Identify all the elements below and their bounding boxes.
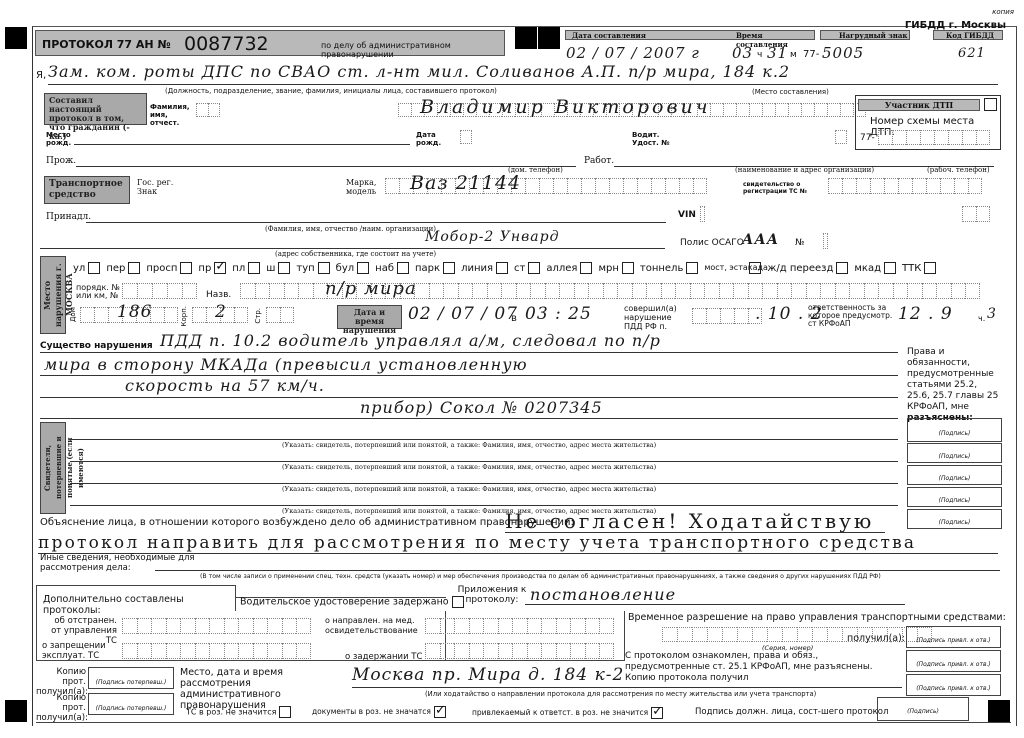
street-type-checkbox[interactable]	[622, 262, 634, 274]
explanation-line-1[interactable]: Не согласен! Ходатайствую	[505, 509, 874, 533]
vin-cells-right[interactable]	[962, 206, 990, 222]
street-type-9: парк	[415, 263, 461, 274]
accident-checkbox[interactable]	[984, 98, 997, 111]
street-type-label: ж/д переезд	[767, 263, 833, 274]
owner-label: Принадл.	[46, 212, 91, 222]
street-type-checkbox[interactable]	[580, 262, 592, 274]
rights-text-body: Права и обязанности, предусмотренные ста…	[907, 347, 998, 412]
street-type-label: линия	[461, 263, 493, 274]
removal-cells[interactable]	[122, 618, 311, 634]
street-type-label: ш	[266, 263, 275, 274]
officer-value[interactable]: Зам. ком. роты ДПС по СВАО ст. л-нт мил.…	[48, 62, 790, 81]
street-type-10: линия	[461, 263, 514, 274]
street-type-4: пл	[232, 263, 266, 274]
person-not-listed-checkbox[interactable]	[651, 707, 663, 719]
committed-label: совершил(а) нарушение ПДД РФ п.	[624, 304, 692, 331]
witness-line[interactable]	[70, 461, 898, 462]
street-type-checkbox[interactable]	[88, 262, 100, 274]
detention-label: о задержании ТС	[345, 652, 422, 662]
street-type-checkbox[interactable]	[357, 262, 369, 274]
korp-label: Корп.	[180, 306, 188, 327]
street-type-label: мост, эстакада	[704, 264, 746, 272]
liability-label: ответственность за которое предусмотр. с…	[808, 304, 898, 328]
house-value[interactable]: 186	[117, 302, 152, 322]
witness-line[interactable]	[70, 439, 898, 440]
vin-cells[interactable]	[700, 206, 705, 222]
minutes-unit: м	[790, 50, 797, 60]
reg-cert-cells[interactable]	[828, 178, 982, 194]
street-type-checkbox[interactable]	[496, 262, 508, 274]
violation-line-2[interactable]: мира в сторону МКАДа (превысил установле…	[44, 355, 528, 374]
violation-datetime-label: Дата и время нарушения	[337, 305, 402, 329]
officer-signature[interactable]: (Подпись)	[877, 697, 969, 721]
sig-permit-received[interactable]: (Подпись привл. к отв.)	[906, 626, 1001, 648]
scheme-cells[interactable]	[878, 130, 990, 145]
code-header-label: Код ГИБДД	[946, 31, 994, 40]
explanation-line-2[interactable]: протокол направить для рассмотрения по м…	[38, 533, 916, 553]
street-type-label: бул	[336, 263, 354, 274]
street-type-checkboxes: улперпросппрплштупбулнабпарклиниясталлея…	[73, 262, 942, 274]
street-type-0: ул	[73, 263, 106, 274]
review-caption: (Или ходатайство о направлении протокола…	[425, 690, 816, 698]
street-name-label: Назв.	[206, 290, 231, 300]
reg-cert-label: свидетельство о регистрации ТС №	[743, 181, 828, 195]
street-type-checkbox[interactable]	[686, 262, 698, 274]
offender-name-value[interactable]: Владимир Викторович	[420, 96, 711, 118]
pdd-cells	[692, 308, 762, 324]
hours-unit: ч	[757, 50, 762, 60]
license-label: Водит. Удост. №	[632, 131, 672, 147]
registration-marker	[5, 27, 27, 49]
code-header: Код ГИБДД	[933, 30, 1003, 40]
vehicle-section-label: Транспортное средство	[44, 176, 130, 204]
copy-received-label-2: Копию прот. получил(а):	[36, 693, 86, 723]
violation-label: Существо нарушения	[40, 341, 153, 351]
officer-caption: (Должность, подразделение, звание, фамил…	[165, 87, 497, 95]
location-section-label: Место нарушения г. МОСКВА	[40, 256, 66, 334]
officer-sig-label: Подпись должн. лица, сост-шего протокол	[695, 707, 888, 717]
sig-victim-1[interactable]: (Подпись потерпевш.)	[88, 667, 174, 689]
docs-not-listed: документы в роз. не значатся	[312, 706, 452, 718]
medical-label: о направлен. на мед. освидетельствование	[325, 616, 425, 636]
scheme-prefix: 77-	[860, 133, 875, 143]
work-label: Работ.	[584, 156, 614, 166]
str-cells[interactable]	[266, 307, 294, 323]
received-label: получил(а):	[847, 633, 905, 644]
docs-not-listed-checkbox[interactable]	[434, 706, 446, 718]
violation-time-value[interactable]: 03 : 25	[525, 304, 592, 324]
street-type-checkbox[interactable]	[443, 262, 455, 274]
vehicle-not-listed: ТС в роз. не значится	[186, 706, 297, 718]
street-type-6: туп	[296, 263, 335, 274]
witness-signature[interactable]: (Подпись)	[907, 509, 1002, 529]
osago-number-cells[interactable]	[823, 233, 828, 249]
house-label: Дом	[69, 307, 77, 322]
review-value[interactable]: Москва пр. Мира д. 184 к-2	[352, 665, 624, 685]
street-type-18: ТТК	[902, 263, 942, 274]
license-held: Водительское удостоверение задержано	[240, 596, 470, 608]
street-type-3: пр	[198, 263, 232, 274]
badge-prefix: 77-	[803, 49, 819, 60]
sig-acquainted[interactable]: (Подпись привл. к отв.)	[906, 650, 1001, 672]
license-cells[interactable]	[835, 130, 847, 144]
street-type-checkbox[interactable]	[528, 262, 540, 274]
street-type-5: ш	[266, 263, 296, 274]
street-type-label: просп	[146, 263, 177, 274]
street-type-checkbox[interactable]	[318, 262, 330, 274]
date-header-label: Дата составления	[572, 31, 646, 40]
badge-header: Нагрудный знак	[820, 30, 910, 40]
street-type-label: мкад	[854, 263, 881, 274]
accident-label: Участник ДТП	[858, 99, 980, 111]
street-type-checkbox[interactable]	[884, 262, 896, 274]
km-label: порядк. № или км, №	[76, 284, 121, 300]
street-type-label: тоннель	[640, 263, 683, 274]
work-phone-caption: (рабоч. телефон)	[927, 166, 990, 174]
protocol-header-bar: ПРОТОКОЛ 77 АН № 0087732 по делу об адми…	[35, 30, 505, 56]
owner-address-value[interactable]: Мобор-2 Унвард	[425, 229, 559, 245]
korp-value[interactable]: 2	[215, 302, 227, 322]
koap-part-value[interactable]: 3	[987, 306, 997, 322]
code-value[interactable]: 621	[958, 46, 986, 61]
koap-part-label: ч.	[978, 314, 985, 323]
street-type-label: туп	[296, 263, 314, 274]
date-value[interactable]: 02 / 07 / 2007 г	[566, 44, 700, 62]
witnesses-section-label: Свидетели, потерпевшие и понятые (если и…	[40, 422, 66, 514]
street-type-13: мрн	[598, 263, 639, 274]
violation-line-1[interactable]: ПДД п. 10.2 водитель управлял а/м, следо…	[160, 331, 661, 350]
docs-not-listed-label: документы в роз. не значатся	[312, 707, 431, 716]
street-type-12: аллея	[546, 263, 598, 274]
street-type-label: пл	[232, 263, 245, 274]
street-name-value[interactable]: п/р мира	[325, 278, 417, 299]
other-info-caption: (В том числе записи о применении спец. т…	[200, 573, 881, 580]
street-type-checkbox[interactable]	[924, 262, 936, 274]
street-type-label: парк	[415, 263, 440, 274]
witness-signature[interactable]: (Подпись)	[907, 443, 1002, 463]
street-type-checkbox[interactable]	[836, 262, 848, 274]
street-type-label: ТТК	[902, 263, 921, 274]
time-hours-value[interactable]: 03	[732, 44, 753, 62]
at-label: в	[511, 313, 517, 324]
residence-label: Прож.	[46, 156, 76, 166]
attachments-value[interactable]: постановление	[530, 585, 676, 604]
street-type-15: мост, эстакада	[704, 263, 767, 274]
sig-copy-received[interactable]: (Подпись привл. к отв.)	[906, 674, 1001, 696]
km-cells[interactable]	[122, 283, 197, 299]
street-type-checkbox[interactable]	[214, 262, 226, 274]
accident-box: Участник ДТП Номер схемы места ДТП: 77-	[855, 95, 1001, 150]
protocol-number: 0087732	[184, 33, 269, 55]
ban-cells[interactable]	[122, 643, 311, 659]
witness-caption: (Указать: свидетель, потерпевший или пон…	[282, 441, 656, 449]
street-type-label: пер	[106, 263, 125, 274]
witness-caption: (Указать: свидетель, потерпевший или пон…	[282, 463, 656, 471]
osago-series[interactable]: ААА	[742, 232, 779, 248]
witness-signature[interactable]: (Подпись)	[907, 487, 1002, 507]
name-label: Фамилия, имя, отчест.	[150, 103, 195, 127]
street-type-label: пр	[198, 263, 211, 274]
street-type-16: ж/д переезд	[767, 263, 854, 274]
license-held-label: Водительское удостоверение задержано	[240, 597, 449, 608]
street-type-label: мрн	[598, 263, 618, 274]
witness-line[interactable]	[70, 505, 898, 506]
person-not-listed: привлекаемый к ответст. в роз. не значит…	[472, 707, 669, 719]
person-not-listed-label: привлекаемый к ответст. в роз. не значит…	[472, 708, 648, 717]
witness-line[interactable]	[70, 483, 898, 484]
birthplace-label: Место рожд.	[46, 131, 76, 147]
violation-line-3[interactable]: скорость на 57 км/ч.	[125, 376, 325, 395]
copy-label: копия	[992, 8, 1014, 16]
street-type-label: ул	[73, 263, 85, 274]
badge-header-label: Нагрудный знак	[839, 31, 907, 40]
osago-label: Полис ОСАГО	[680, 238, 744, 248]
protocol-subtitle: по делу об административном правонарушен…	[321, 41, 504, 59]
birthdate-cells[interactable]	[460, 130, 472, 144]
street-type-17: мкад	[854, 263, 902, 274]
owner-address-caption: (адрес собственника, где состоит на учет…	[275, 250, 436, 258]
review-label: Место, дата и время рассмотрения админис…	[180, 667, 350, 711]
place-caption: (Место составления)	[752, 88, 829, 96]
street-type-checkbox[interactable]	[397, 262, 409, 274]
street-type-11: ст	[514, 263, 546, 274]
street-type-label: ст	[514, 263, 525, 274]
explanation-label: Объяснение лица, в отношении которого во…	[40, 517, 574, 528]
rights-text: Права и обязанности, предусмотренные ста…	[907, 347, 1002, 424]
street-type-label: наб	[375, 263, 394, 274]
rights-signature[interactable]: (Подпись)	[907, 418, 1002, 442]
make-label: Марка, модель	[346, 178, 386, 196]
street-type-label: аллея	[546, 263, 577, 274]
street-type-7: бул	[336, 263, 375, 274]
work-caption: (наименование и адрес организации)	[735, 166, 874, 174]
temp-permit-label: Временное разрешение на право управления…	[628, 612, 1006, 623]
street-type-8: наб	[375, 263, 415, 274]
make-value[interactable]: Ваз 21144	[410, 172, 521, 194]
street-type-checkbox[interactable]	[248, 262, 260, 274]
koap-article-value[interactable]: 12 . 9	[898, 304, 953, 324]
vehicle-not-listed-checkbox[interactable]	[279, 706, 291, 718]
street-type-2: просп	[146, 263, 198, 274]
owner-caption: (Фамилия, имя, отчество /наим. организац…	[265, 225, 436, 233]
osago-number-label: №	[795, 238, 804, 248]
violation-line-4[interactable]: прибор) Сокол № 0207345	[360, 398, 603, 417]
badge-value[interactable]: 5005	[822, 44, 864, 62]
ban-label: о запрещении эксплуат. ТС	[42, 641, 112, 661]
street-type-checkbox[interactable]	[749, 262, 761, 274]
acquainted-text: С протоколом ознакомлен, права и обяз., …	[625, 651, 900, 684]
witness-signature[interactable]: (Подпись)	[907, 465, 1002, 485]
birthdate-label: Дата рожд.	[416, 131, 446, 147]
additional-tab: Дополнительно составлены протоколы:	[36, 585, 236, 611]
datetime-header: Дата составления Время составления	[565, 30, 815, 40]
vehicle-not-listed-label: ТС в роз. не значится	[186, 708, 276, 717]
vin-label: VIN	[678, 210, 696, 220]
violation-date-value[interactable]: 02 / 07 / 07	[408, 304, 518, 324]
name-cells	[196, 103, 220, 117]
sig-victim-2[interactable]: (Подпись потерпевш.)	[88, 693, 174, 715]
registration-marker	[5, 700, 27, 722]
reg-label: Гос. рег. Знак	[137, 178, 177, 196]
street-type-checkbox[interactable]	[278, 262, 290, 274]
offender-section-label: Составил настоящий протокол в том, что г…	[44, 93, 147, 125]
street-type-checkbox[interactable]	[128, 262, 140, 274]
officer-prefix: Я,	[36, 70, 46, 81]
attachments-label: Приложения к протоколу:	[457, 585, 527, 605]
street-type-1: пер	[106, 263, 146, 274]
street-type-14: тоннель	[640, 263, 704, 274]
protocol-title: ПРОТОКОЛ 77 АН №	[42, 38, 171, 51]
time-minutes-value[interactable]: 31	[767, 44, 788, 62]
street-type-checkbox[interactable]	[180, 262, 192, 274]
str-label: Стр.	[254, 308, 262, 324]
witness-caption: (Указать: свидетель, потерпевший или пон…	[282, 485, 656, 493]
